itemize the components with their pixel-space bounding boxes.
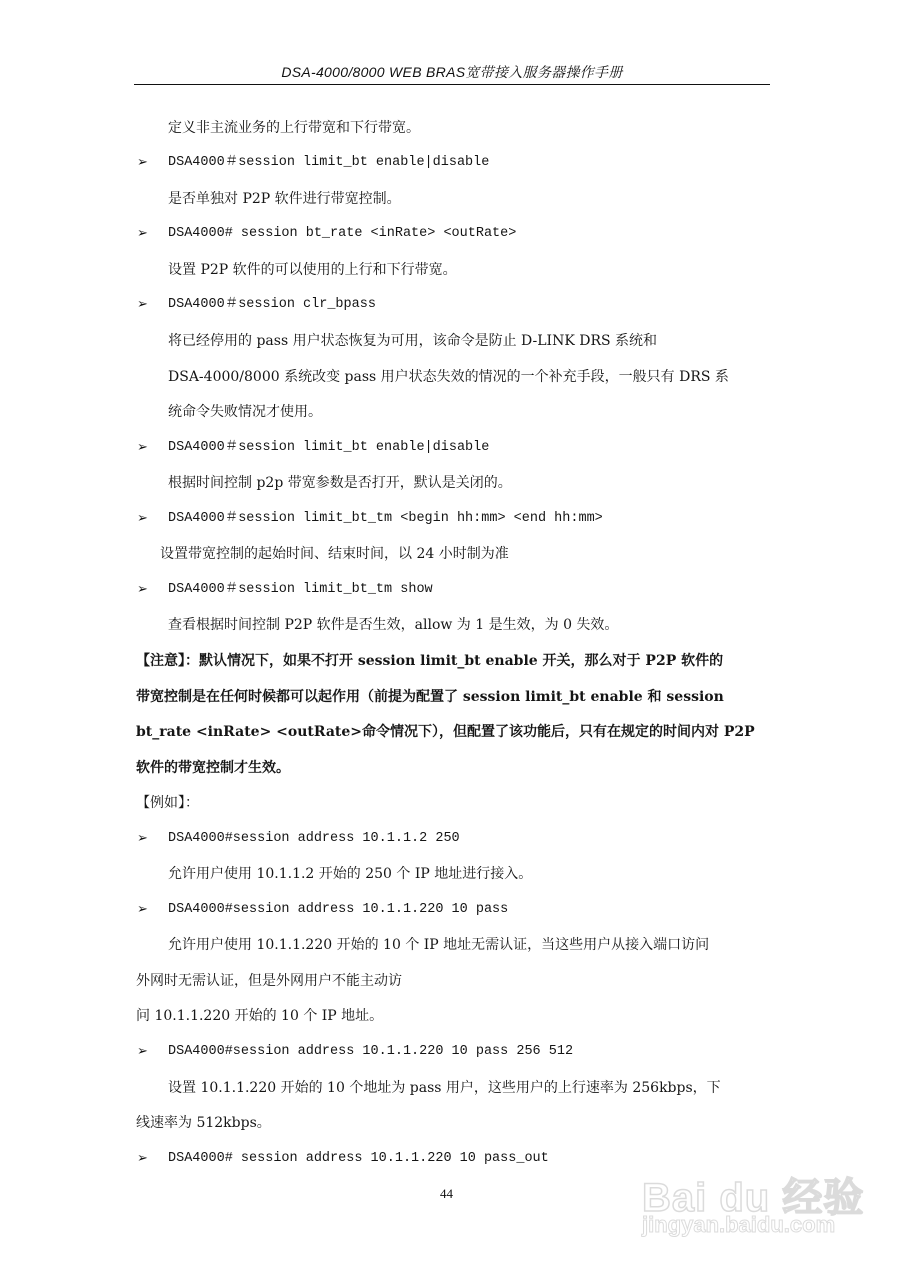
command-line: DSA4000#session address 10.1.1.220 10 pa…	[168, 900, 508, 920]
command-line: DSA4000＃session limit_bt_tm show	[168, 580, 433, 600]
example-heading: 【例如】：	[136, 793, 199, 813]
note-text: 软件的带宽控制才生效。	[136, 758, 290, 778]
paragraph-text: 问 10.1.1.220 开始的 10 个 IP 地址。	[136, 1006, 383, 1026]
paragraph-text: 统命令失败情况才使用。	[168, 402, 322, 422]
paragraph-text: 根据时间控制 p2p 带宽参数是否打开，默认是关闭的。	[168, 473, 512, 493]
note-text: bt_rate <inRate> <outRate>命令情况下），但配置了该功能…	[136, 722, 755, 742]
command-line: DSA4000＃session clr_bpass	[168, 295, 376, 315]
baidu-watermark: Bai du 经验 jingyan.baidu.com	[642, 1166, 872, 1246]
bullet-arrow-icon: ➢	[137, 295, 148, 315]
bullet-arrow-icon: ➢	[137, 224, 148, 244]
command-line: DSA4000#session address 10.1.1.220 10 pa…	[168, 1042, 573, 1062]
document-page: DSA-4000/8000 WEB BRAS宽带接入服务器操作手册 定义非主流业…	[0, 0, 904, 1280]
paragraph-text: 查看根据时间控制 P2P 软件是否生效，allow 为 1 是生效，为 0 失效…	[168, 615, 618, 635]
bullet-arrow-icon: ➢	[137, 900, 148, 920]
bullet-arrow-icon: ➢	[137, 1042, 148, 1062]
bullet-arrow-icon: ➢	[137, 580, 148, 600]
paragraph-text: 设置带宽控制的起始时间、结束时间，以 24 小时制为准	[160, 544, 509, 564]
note-text: 带宽控制是在任何时候都可以起作用（前提为配置了 session limit_bt…	[136, 687, 724, 707]
command-line: DSA4000# session address 10.1.1.220 10 p…	[168, 1149, 549, 1169]
paragraph-text: 外网时无需认证，但是外网用户不能主动访	[136, 971, 402, 991]
command-line: DSA4000＃session limit_bt_tm <begin hh:mm…	[168, 509, 603, 529]
paragraph-text: 是否单独对 P2P 软件进行带宽控制。	[168, 189, 401, 209]
bullet-arrow-icon: ➢	[137, 153, 148, 173]
paragraph-text: 线速率为 512kbps。	[136, 1113, 271, 1133]
command-line: DSA4000＃session limit_bt enable|disable	[168, 438, 489, 458]
bullet-arrow-icon: ➢	[137, 1149, 148, 1169]
command-line: DSA4000#session address 10.1.1.2 250	[168, 829, 460, 849]
paragraph-text: DSA-4000/8000 系统改变 pass 用户状态失效的情况的一个补充手段…	[168, 367, 729, 387]
bullet-arrow-icon: ➢	[137, 829, 148, 849]
paragraph-text: 允许用户使用 10.1.1.2 开始的 250 个 IP 地址进行接入。	[168, 864, 532, 884]
command-line: DSA4000# session bt_rate <inRate> <outRa…	[168, 224, 516, 244]
paragraph-text: 允许用户使用 10.1.1.220 开始的 10 个 IP 地址无需认证，当这些…	[168, 935, 709, 955]
page-number: 44	[440, 1186, 453, 1202]
header-divider	[134, 84, 770, 85]
paragraph-text: 设置 10.1.1.220 开始的 10 个地址为 pass 用户，这些用户的上…	[168, 1078, 721, 1098]
paragraph-text: 定义非主流业务的上行带宽和下行带宽。	[168, 118, 420, 138]
watermark-url: jingyan.baidu.com	[642, 1212, 835, 1238]
bullet-arrow-icon: ➢	[137, 509, 148, 529]
command-line: DSA4000＃session limit_bt enable|disable	[168, 153, 489, 173]
paragraph-text: 将已经停用的 pass 用户状态恢复为可用，该命令是防止 D-LINK DRS …	[168, 331, 657, 351]
bullet-arrow-icon: ➢	[137, 438, 148, 458]
running-header-title: DSA-4000/8000 WEB BRAS宽带接入服务器操作手册	[134, 62, 770, 82]
paragraph-text: 设置 P2P 软件的可以使用的上行和下行带宽。	[168, 260, 457, 280]
note-text: 【注意】：默认情况下，如果不打开 session limit_bt enable…	[136, 651, 723, 671]
